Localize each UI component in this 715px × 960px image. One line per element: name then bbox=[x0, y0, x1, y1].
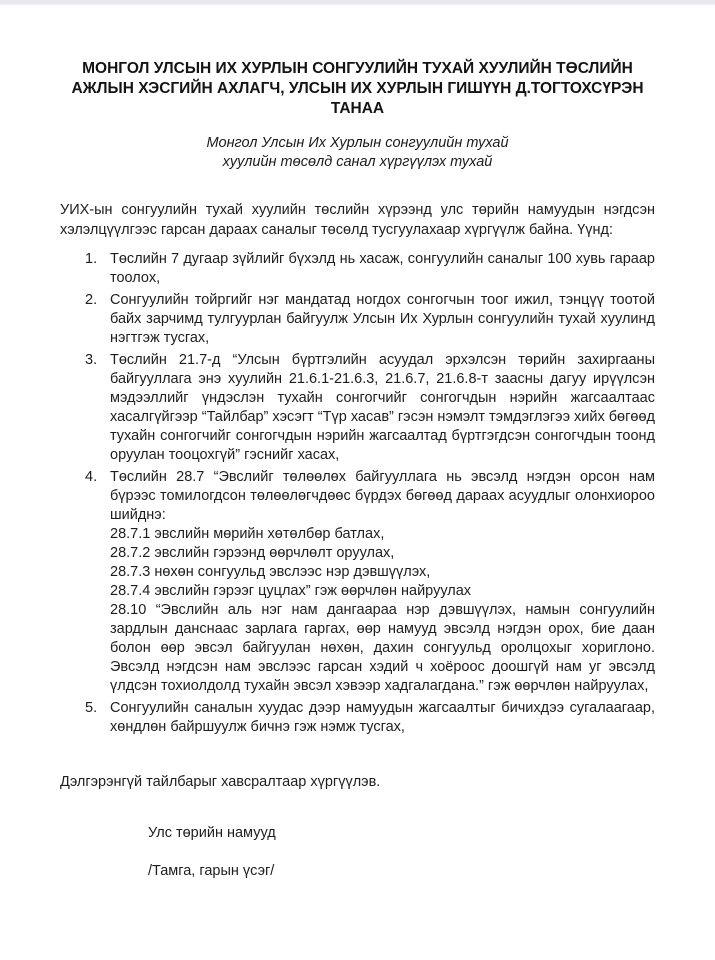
list-item-5: 5. Сонгуулийн саналын хуудас дээр намууд… bbox=[85, 699, 655, 737]
item4-subline-2: 28.7.2 эвслийн гэрээнд өөрчлөлт оруулах, bbox=[110, 544, 655, 563]
intro-paragraph: УИХ-ын сонгуулийн тухай хуулийн төслийн … bbox=[60, 200, 655, 240]
item4-extra-paragraph: 28.10 “Эвслийн аль нэг нам дангаараа нэр… bbox=[110, 601, 655, 696]
list-item-3: 3. Төслийн 21.7-д “Улсын бүртгэлийн асуу… bbox=[85, 351, 655, 465]
item-text: Сонгуулийн тойргийг нэг мандатад ногдох … bbox=[110, 291, 655, 348]
item-number: 4. bbox=[85, 468, 110, 696]
list-item-1: 1. Төслийн 7 дугаар зүйлийг бүхэлд нь ха… bbox=[85, 250, 655, 288]
document-title: МОНГОЛ УЛСЫН ИХ ХУРЛЫН СОНГУУЛИЙН ТУХАЙ … bbox=[50, 59, 665, 119]
document-subtitle: Монгол Улсын Их Хурлын сонгуулийн тухай … bbox=[60, 134, 655, 172]
item-text: Төслийн 28.7 “Эвслийг төлөөлөх байгуулла… bbox=[110, 468, 655, 696]
item4-subline-4: 28.7.4 эвслийн гэрээг цуцлах” гэж өөрчлө… bbox=[110, 582, 655, 601]
item-text: Сонгуулийн саналын хуудас дээр намуудын … bbox=[110, 699, 655, 737]
item-number: 1. bbox=[85, 250, 110, 288]
item-number: 3. bbox=[85, 351, 110, 465]
item-number: 2. bbox=[85, 291, 110, 348]
signature-stamp-note: /Тамга, гарын үсэг/ bbox=[148, 863, 715, 879]
item-text: Төслийн 21.7-д “Улсын бүртгэлийн асуудал… bbox=[110, 351, 655, 465]
title-line-3: ТАНАА bbox=[50, 99, 665, 119]
subtitle-line-2: хуулийн төсөлд санал хүргүүлэх тухай bbox=[60, 153, 655, 172]
title-line-1: МОНГОЛ УЛСЫН ИХ ХУРЛЫН СОНГУУЛИЙН ТУХАЙ … bbox=[50, 59, 665, 79]
document-page: МОНГОЛ УЛСЫН ИХ ХУРЛЫН СОНГУУЛИЙН ТУХАЙ … bbox=[0, 0, 715, 960]
subtitle-line-1: Монгол Улсын Их Хурлын сонгуулийн тухай bbox=[60, 134, 655, 153]
title-line-2: АЖЛЫН ХЭСГИЙН АХЛАГЧ, УЛСЫН ИХ ХУРЛЫН ГИ… bbox=[50, 79, 665, 99]
list-item-2: 2. Сонгуулийн тойргийг нэг мандатад ногд… bbox=[85, 291, 655, 348]
signature-organization: Улс төрийн намууд bbox=[148, 825, 715, 841]
numbered-list: 1. Төслийн 7 дугаар зүйлийг бүхэлд нь ха… bbox=[85, 250, 655, 737]
list-item-4: 4. Төслийн 28.7 “Эвслийг төлөөлөх байгуу… bbox=[85, 468, 655, 696]
closing-paragraph: Дэлгэрэнгүй тайлбарыг хавсралтаар хүргүү… bbox=[60, 773, 655, 792]
item-text: Төслийн 7 дугаар зүйлийг бүхэлд нь хасаж… bbox=[110, 250, 655, 288]
item4-subline-3: 28.7.3 нөхөн сонгуульд эвслээс нэр дэвшү… bbox=[110, 563, 655, 582]
top-border-strip bbox=[0, 0, 715, 5]
item4-subline-1: 28.7.1 эвслийн мөрийн хөтөлбөр батлах, bbox=[110, 525, 655, 544]
item4-intro: Төслийн 28.7 “Эвслийг төлөөлөх байгуулла… bbox=[110, 468, 655, 525]
item-number: 5. bbox=[85, 699, 110, 737]
